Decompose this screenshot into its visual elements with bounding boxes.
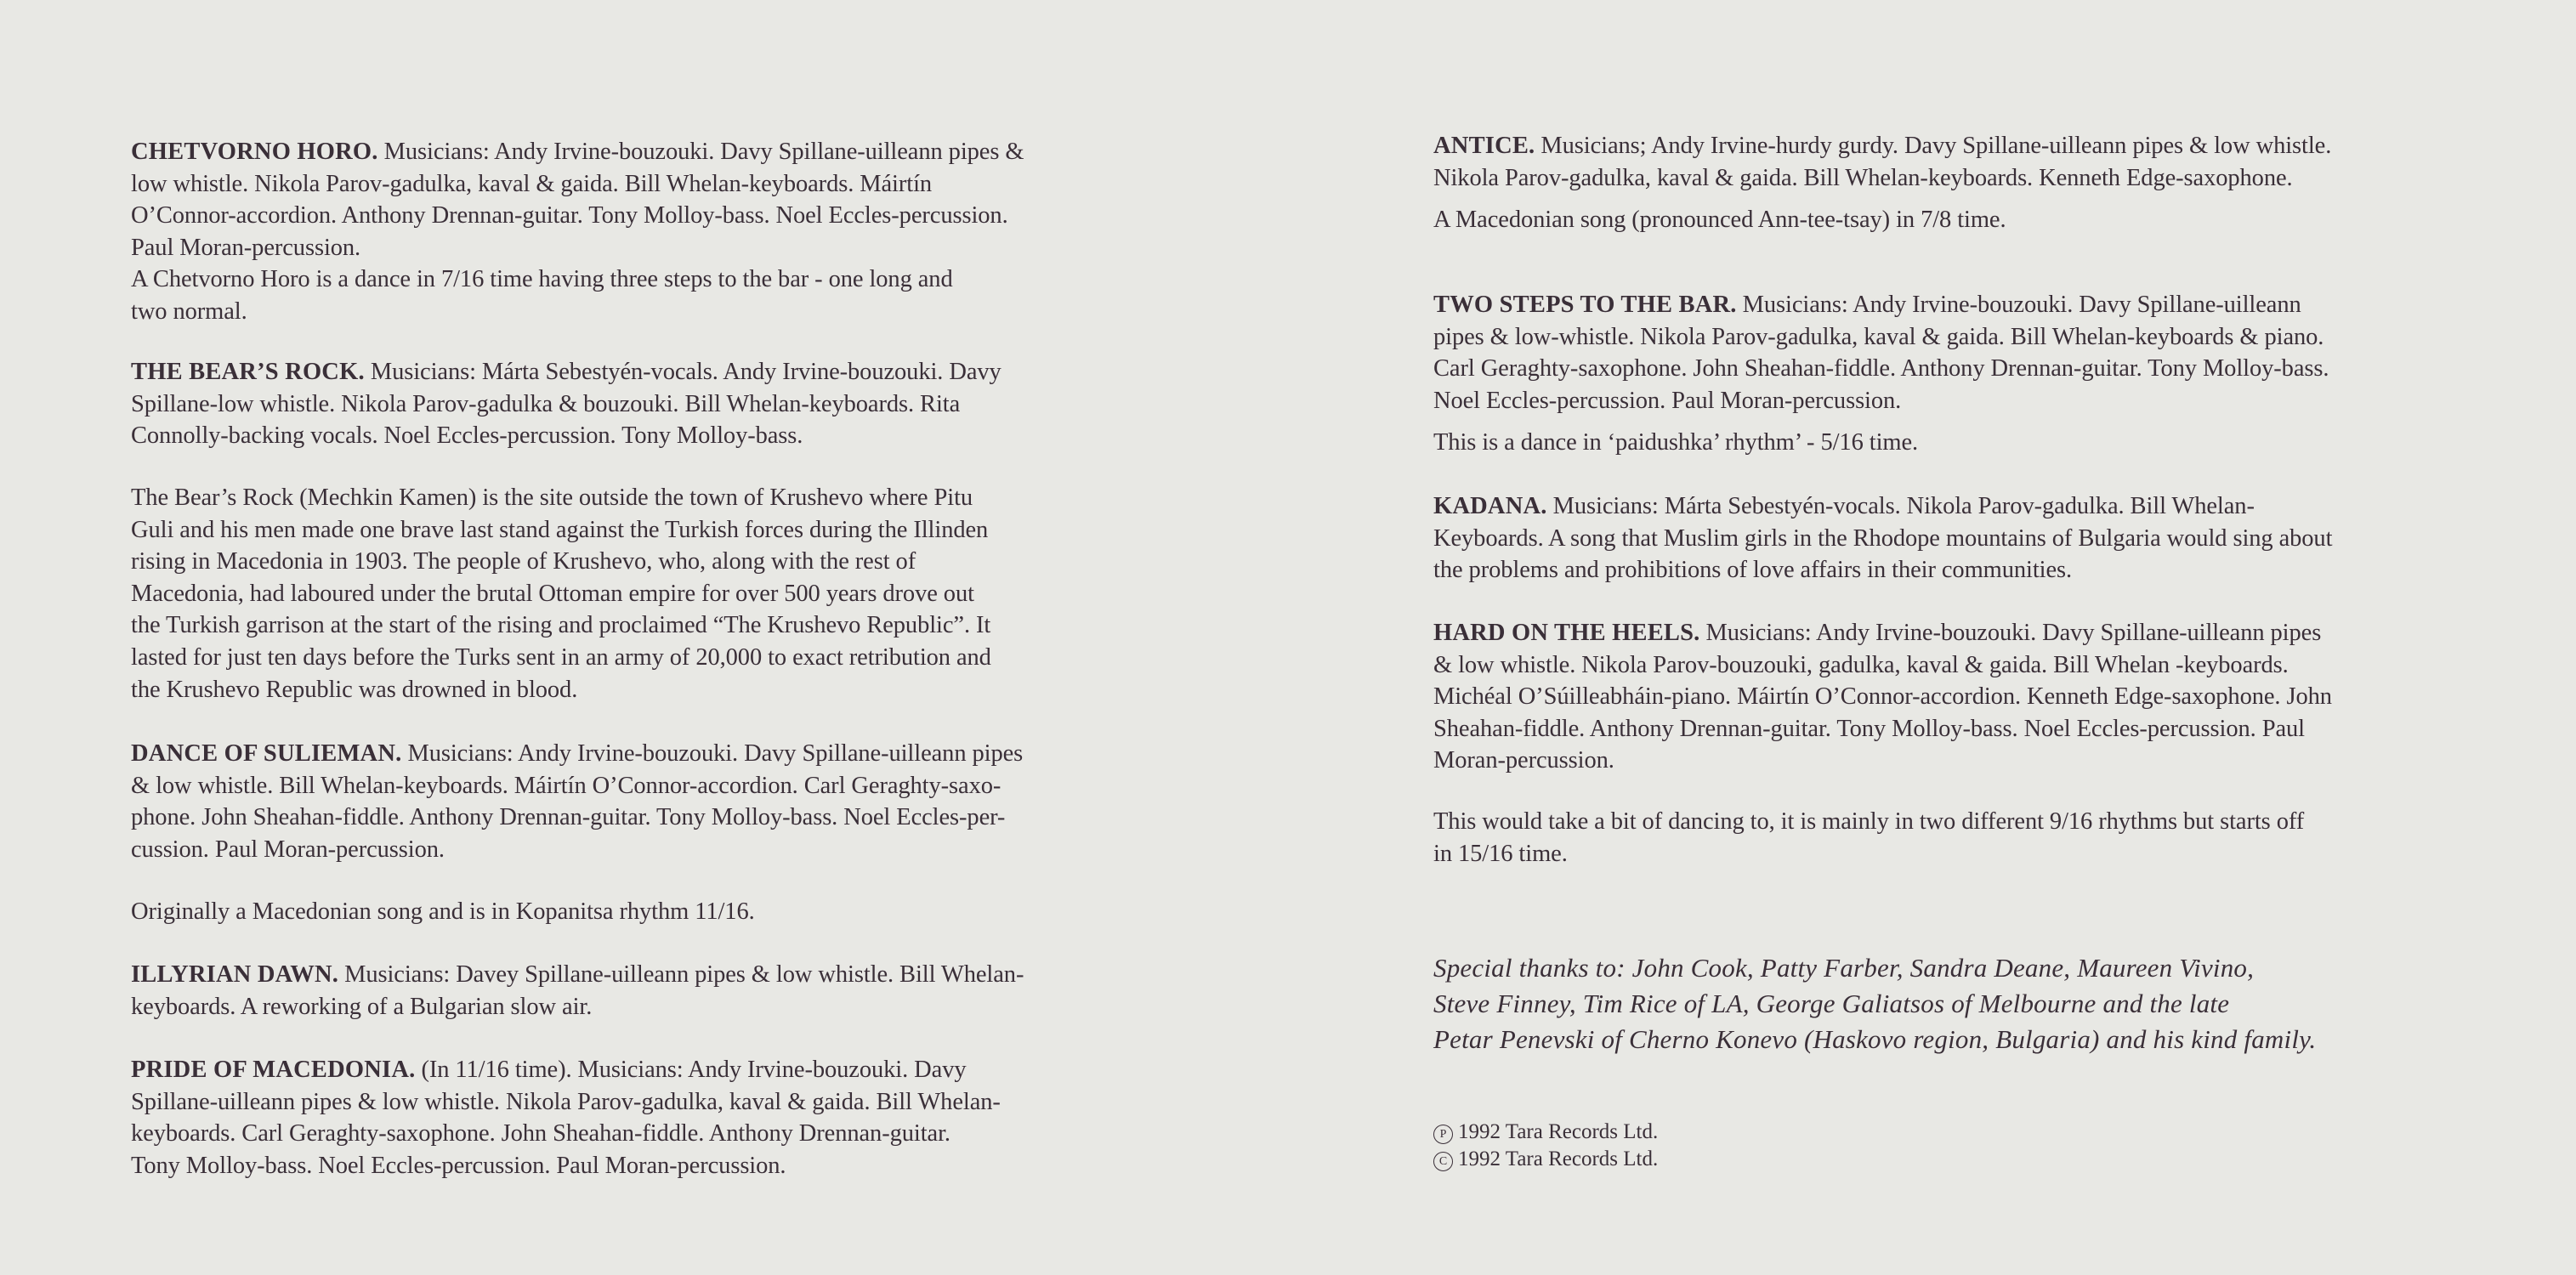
track-credits: Musicians; Andy Irvine-hurdy gurdy. Davy… — [1535, 133, 2331, 159]
track-credits: Keyboards. A song that Muslim girls in t… — [1433, 523, 2530, 555]
copyright-icon: C — [1433, 1152, 1453, 1171]
track-credits: Musicians: Andy Irvine-bouzouki. Davy Sp… — [401, 740, 1023, 767]
track-credits: Sheahan-fiddle. Anthony Drennan-guitar. … — [1433, 713, 2530, 745]
phonogram-text: 1992 Tara Records Ltd. — [1458, 1120, 1658, 1143]
track-credits: & low whistle. Nikola Parov-bouzouki, ga… — [1433, 649, 2530, 682]
thanks-line: Special thanks to: John Cook, Patty Farb… — [1433, 950, 2530, 986]
track-note: two normal. — [131, 296, 1194, 328]
track-note: This is a dance in ‘paidushka’ rhythm’ -… — [1433, 427, 2530, 459]
track-note: Originally a Macedonian song and is in K… — [131, 896, 1194, 928]
hard-on-heels-note: This would take a bit of dancing to, it … — [1433, 806, 2530, 838]
track-title: ILLYRIAN DAWN. — [131, 961, 338, 988]
thanks-line: Petar Penevski of Cherno Konevo (Haskovo… — [1433, 1022, 2530, 1057]
history-line: the Turkish garrison at the start of the… — [131, 609, 1194, 642]
track-title: PRIDE OF MACEDONIA. — [131, 1057, 415, 1083]
track-illyrian-dawn: ILLYRIAN DAWN. Musicians: Davey Spillane… — [131, 959, 1194, 1023]
track-credits: Musicians: Andy Irvine-bouzouki. Davy Sp… — [378, 139, 1024, 165]
track-credits: Musicians: Davey Spillane-uilleann pipes… — [338, 961, 1024, 988]
track-hard-on-the-heels: HARD ON THE HEELS. Musicians: Andy Irvin… — [1433, 617, 2530, 777]
track-title: TWO STEPS TO THE BAR. — [1433, 292, 1737, 318]
track-title: THE BEAR’S ROCK. — [131, 359, 365, 385]
track-credits: Moran-percussion. — [1433, 745, 2530, 777]
track-pride-of-macedonia: PRIDE OF MACEDONIA. (In 11/16 time). Mus… — [131, 1054, 1194, 1181]
track-credits: phone. John Sheahan-fiddle. Anthony Dren… — [131, 802, 1194, 834]
history-line: Guli and his men made one brave last sta… — [131, 514, 1194, 547]
track-bears-rock: THE BEAR’S ROCK. Musicians: Márta Sebest… — [131, 356, 1194, 452]
two-steps-note: This is a dance in ‘paidushka’ rhythm’ -… — [1433, 427, 2530, 459]
track-credits: Noel Eccles-percussion. Paul Moran-percu… — [1433, 385, 2530, 417]
history-line: the Krushevo Republic was drowned in blo… — [131, 674, 1194, 706]
track-credits: pipes & low-whistle. Nikola Parov-gadulk… — [1433, 321, 2530, 354]
history-line: rising in Macedonia in 1903. The people … — [131, 546, 1194, 578]
track-credits: Nikola Parov-gadulka, kaval & gaida. Bil… — [1433, 162, 2530, 195]
track-credits: Paul Moran-percussion. — [131, 232, 1194, 264]
track-note: A Macedonian song (pronounced Ann-tee-ts… — [1433, 204, 2530, 236]
track-credits: the problems and prohibitions of love af… — [1433, 554, 2530, 586]
history-line: lasted for just ten days before the Turk… — [131, 642, 1194, 674]
track-credits: cussion. Paul Moran-percussion. — [131, 834, 1194, 866]
track-title: HARD ON THE HEELS. — [1433, 620, 1699, 646]
track-chetvorno-horo: CHETVORNO HORO. Musicians: Andy Irvine-b… — [131, 136, 1194, 328]
track-credits: keyboards. A reworking of a Bulgarian sl… — [131, 991, 1194, 1023]
track-credits: Musicians: Márta Sebestyén-vocals. Nikol… — [1547, 493, 2255, 519]
track-credits: O’Connor-accordion. Anthony Drennan-guit… — [131, 200, 1194, 232]
bears-rock-history: The Bear’s Rock (Mechkin Kamen) is the s… — [131, 482, 1194, 705]
track-title: KADANA. — [1433, 493, 1547, 519]
track-title: CHETVORNO HORO. — [131, 139, 378, 165]
thanks-line: Steve Finney, Tim Rice of LA, George Gal… — [1433, 986, 2530, 1022]
track-credits: Musicians: Andy Irvine-bouzouki. Davy Sp… — [1737, 292, 2301, 318]
track-credits: Musicians: Andy Irvine-bouzouki. Davy Sp… — [1699, 620, 2321, 646]
track-credits: Tony Molloy-bass. Noel Eccles-percussion… — [131, 1150, 1194, 1182]
copyright-notice: P1992 Tara Records Ltd. C1992 Tara Recor… — [1433, 1119, 2530, 1173]
track-credits: keyboards. Carl Geraghty-saxophone. John… — [131, 1118, 1194, 1150]
track-kadana: KADANA. Musicians: Márta Sebestyén-vocal… — [1433, 490, 2530, 586]
track-dance-of-sulieman: DANCE OF SULIEMAN. Musicians: Andy Irvin… — [131, 738, 1194, 865]
history-line: The Bear’s Rock (Mechkin Kamen) is the s… — [131, 482, 1194, 514]
track-note: A Chetvorno Horo is a dance in 7/16 time… — [131, 263, 1194, 296]
track-title: DANCE OF SULIEMAN. — [131, 740, 401, 767]
history-line: Macedonia, had laboured under the brutal… — [131, 578, 1194, 610]
track-credits: Musicians: Márta Sebestyén-vocals. Andy … — [365, 359, 1001, 385]
track-two-steps-to-the-bar: TWO STEPS TO THE BAR. Musicians: Andy Ir… — [1433, 289, 2530, 416]
antice-note: A Macedonian song (pronounced Ann-tee-ts… — [1433, 204, 2530, 236]
track-antice: ANTICE. Musicians; Andy Irvine-hurdy gur… — [1433, 130, 2530, 194]
sulieman-note: Originally a Macedonian song and is in K… — [131, 896, 1194, 928]
hard-on-heels-note: in 15/16 time. — [1433, 838, 2530, 870]
track-credits: Michéal O’Súilleabháin-piano. Máirtín O’… — [1433, 681, 2530, 713]
track-credits: Spillane-uilleann pipes & low whistle. N… — [131, 1086, 1194, 1119]
copyright-text: 1992 Tara Records Ltd. — [1458, 1147, 1658, 1170]
track-credits: & low whistle. Bill Whelan-keyboards. Má… — [131, 770, 1194, 802]
special-thanks: Special thanks to: John Cook, Patty Farb… — [1433, 950, 2530, 1057]
track-credits: low whistle. Nikola Parov-gadulka, kaval… — [131, 168, 1194, 201]
track-credits: Carl Geraghty-saxophone. John Sheahan-fi… — [1433, 353, 2530, 385]
track-credits: Connolly-backing vocals. Noel Eccles-per… — [131, 420, 1194, 452]
phonogram-copyright-icon: P — [1433, 1125, 1453, 1144]
track-title: ANTICE. — [1433, 133, 1535, 159]
track-credits: Spillane-low whistle. Nikola Parov-gadul… — [131, 388, 1194, 421]
track-note: This would take a bit of dancing to, it … — [1433, 806, 2530, 870]
track-credits: (In 11/16 time). Musicians: Andy Irvine-… — [415, 1057, 966, 1083]
